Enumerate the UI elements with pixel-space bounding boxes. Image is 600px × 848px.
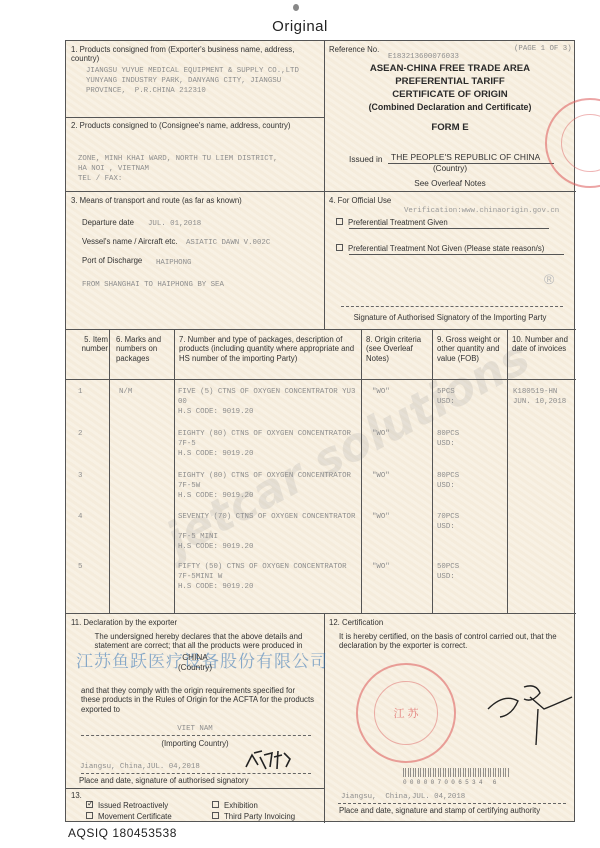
divider (109, 329, 110, 613)
departure-label: Departure date (82, 218, 134, 227)
certifier-signature-line (338, 803, 566, 804)
option-label: Preferential Treatment Not Given (Please… (348, 244, 544, 253)
origin-criteria: "WO" (372, 513, 390, 523)
document-title: Original (0, 18, 600, 35)
route-value: FROM SHANGHAI TO HAIPHONG BY SEA (82, 281, 224, 291)
option-underline (349, 254, 564, 255)
declaration-text-2: and that they comply with the origin req… (81, 686, 316, 714)
divider (66, 117, 324, 118)
quantity: 50PCS USD: (437, 563, 459, 583)
divider (66, 379, 576, 380)
origin-country-caption: (Country) (66, 663, 324, 673)
divider (66, 613, 576, 614)
exporter-signature-caption: Place and date, signature of authorised … (79, 776, 248, 785)
col-header-marks: 6. Marks and numbers on packages (116, 335, 171, 363)
checkbox[interactable] (212, 812, 219, 819)
preferential-given-option[interactable]: Preferential Treatment Given (336, 218, 448, 227)
marks: N/M (119, 388, 132, 398)
description: FIVE (5) CTNS OF OXYGEN CONCENTRATOR YU3… (178, 388, 355, 418)
description: EIGHTY (80) CTNS OF OXYGEN CONCENTRATOR … (178, 472, 351, 502)
box12-label: 12. Certification (329, 618, 383, 627)
certifier-place-date: Jiangsu, China,JUL. 04,2018 (341, 793, 465, 803)
page-indicator: (PAGE 1 OF 3) (514, 45, 572, 55)
divider (324, 613, 325, 823)
departure-value: JUL. 01,2018 (148, 220, 201, 230)
box2-label: 2. Products consigned to (Consignee's na… (71, 121, 321, 130)
official-stamp: 江 苏 (356, 663, 456, 763)
issued-label: Issued in (349, 154, 383, 164)
item-number: 2 (78, 430, 82, 440)
option-label: Exhibition (224, 801, 258, 810)
option-label: Movement Certificate (98, 812, 172, 821)
divider (174, 329, 175, 613)
col-header-invoice: 10. Number and date of invoices (512, 335, 574, 354)
barcode-number: 000007006534 6 (403, 779, 509, 786)
issued-country-caption: (Country) (324, 164, 576, 174)
description: SEVENTY (70) CTNS OF OXYGEN CONCENTRATOR… (178, 513, 355, 553)
heading-line-4: (Combined Declaration and Certificate) (324, 102, 576, 112)
divider (66, 788, 324, 789)
consignee-value: ZONE, MINH KHAI WARD, NORTH TU LIEM DIST… (78, 155, 278, 185)
overleaf-notes: See Overleaf Notes (324, 179, 576, 189)
item-number: 1 (78, 388, 82, 398)
reference-label: Reference No. (329, 45, 379, 54)
origin-criteria: "WO" (372, 388, 390, 398)
box11-label: 11. Declaration by the exporter (71, 618, 177, 627)
importing-country-caption: (Importing Country) (66, 739, 324, 748)
third-party-invoicing-option[interactable]: Third Party Invoicing (212, 812, 295, 821)
vessel-label: Vessel's name / Aircraft etc. (82, 237, 178, 246)
checkbox[interactable] (212, 801, 219, 808)
origin-criteria: "WO" (372, 563, 390, 573)
checkbox[interactable] (86, 812, 93, 819)
col-header-quantity: 9. Gross weight or other quantity and va… (437, 335, 505, 363)
description: FIFTY (50) CTNS OF OXYGEN CONCENTRATOR 7… (178, 563, 347, 593)
col-header-origin: 8. Origin criteria (see Overleaf Notes) (366, 335, 428, 363)
certifier-signature-caption: Place and date, signature and stamp of c… (339, 806, 540, 815)
heading-line-1: ASEAN-CHINA FREE TRADE AREA (324, 63, 576, 74)
origin-country-value: CHINA (66, 653, 324, 663)
invoice: K180519-HN JUN. 10,2018 (513, 388, 566, 408)
quantity: 80PCS USD: (437, 430, 459, 450)
divider (66, 329, 576, 330)
quantity: 80PCS USD: (437, 472, 459, 492)
option-underline (349, 228, 549, 229)
top-mark (293, 4, 299, 11)
preferential-not-given-option[interactable]: Preferential Treatment Not Given (Please… (336, 244, 544, 253)
reference-number: E183213600076033 (388, 53, 459, 63)
port-label: Port of Discharge (82, 256, 142, 265)
heading-line-2: PREFERENTIAL TARIFF (324, 76, 576, 87)
box13-label: 13. (71, 791, 82, 800)
item-number: 3 (78, 472, 82, 482)
certification-text: It is hereby certified, on the basis of … (339, 632, 571, 651)
quantity: 5PCS USD: (437, 388, 455, 408)
aqsiq-id: AQSIQ 180453538 (68, 826, 177, 840)
divider (66, 191, 324, 192)
issued-retroactively-option[interactable]: Issued Retroactively (86, 801, 168, 810)
verification-url: Verification:www.chinaorigin.gov.cn (404, 207, 559, 217)
registered-mark: ® (544, 271, 554, 288)
box3-label: 3. Means of transport and route (as far … (71, 196, 242, 205)
importing-signature-caption: Signature of Authorised Signatory of the… (324, 313, 576, 322)
divider (361, 329, 362, 613)
importing-country-value: VIET NAM (66, 725, 324, 735)
exporter-signature (244, 749, 294, 773)
item-number: 4 (78, 513, 82, 523)
vessel-value: ASIATIC DAWN V.002C (186, 239, 270, 249)
box1-label: 1. Products consigned from (Exporter's b… (71, 45, 321, 64)
description: EIGHTY (80) CTNS OF OXYGEN CONCENTRATOR … (178, 430, 351, 460)
exporter-value: JIANGSU YUYUE MEDICAL EQUIPMENT & SUPPLY… (86, 67, 299, 97)
checkbox[interactable] (336, 244, 343, 251)
origin-criteria: "WO" (372, 472, 390, 482)
divider (507, 329, 508, 613)
movement-certificate-option[interactable]: Movement Certificate (86, 812, 172, 821)
checkbox-checked[interactable] (86, 801, 93, 808)
stamp-ring (561, 114, 600, 172)
divider (324, 191, 576, 192)
col-header-description: 7. Number and type of packages, descript… (179, 335, 359, 363)
exhibition-option[interactable]: Exhibition (212, 801, 258, 810)
issued-value: THE PEOPLE'S REPUBLIC OF CHINA (391, 152, 540, 162)
item-number: 5 (78, 563, 82, 573)
option-label: Preferential Treatment Given (348, 218, 448, 227)
checkbox[interactable] (336, 218, 343, 225)
importing-country-line (81, 735, 311, 736)
barcode (403, 768, 509, 777)
form-name: FORM E (324, 122, 576, 133)
option-label: Third Party Invoicing (224, 812, 295, 821)
certifier-signature (484, 679, 576, 749)
box4-label: 4. For Official Use (329, 196, 391, 205)
col-header-item: 5. Item number (70, 335, 108, 354)
heading-line-3: CERTIFICATE OF ORIGIN (324, 89, 576, 100)
exporter-signature-line (81, 773, 311, 774)
stamp-text: 江 苏 (358, 705, 454, 721)
exporter-place-date: Jiangsu, China,JUL. 04,2018 (80, 763, 200, 773)
option-label: Issued Retroactively (98, 801, 168, 810)
divider (432, 329, 433, 613)
origin-criteria: "WO" (372, 430, 390, 440)
quantity: 70PCS USD: (437, 513, 459, 533)
port-value: HAIPHONG (156, 259, 191, 269)
certificate-form: jetcar solutions 1. Products consigned f… (65, 40, 575, 822)
signature-line (341, 306, 563, 307)
